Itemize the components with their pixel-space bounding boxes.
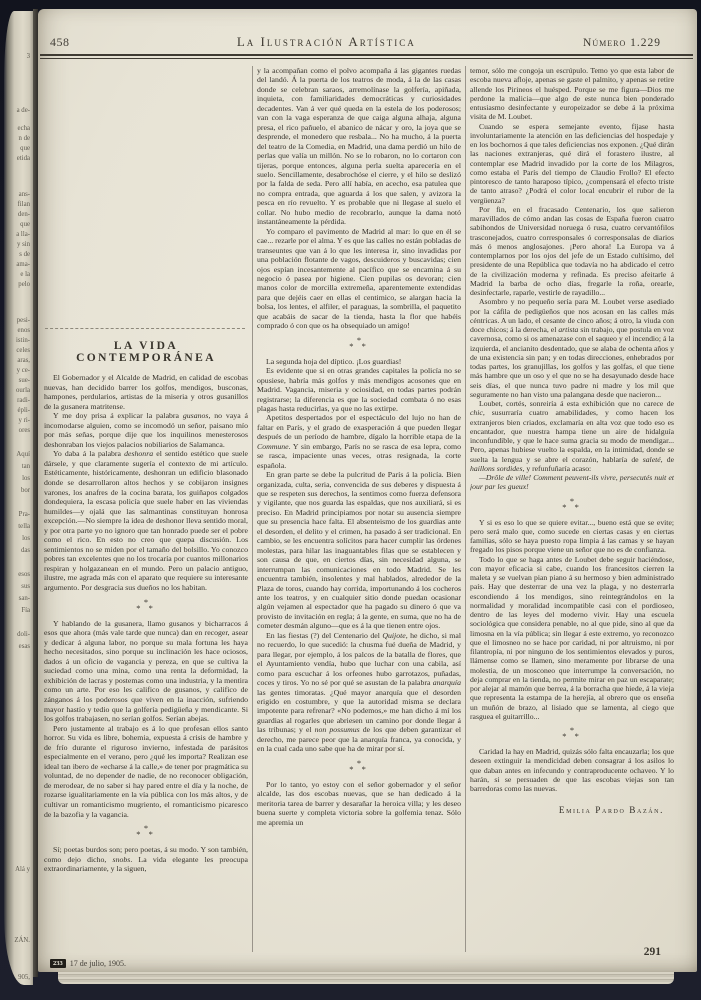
paragraph: Sí; poetas burdos son; pero poetas, á su… [44, 845, 248, 874]
author-signature: Emilia Pardo Bazán. [470, 805, 674, 815]
edge-text-fragment: esas [19, 643, 30, 650]
issue-number: Número 1.229 [583, 37, 661, 49]
edge-text-fragment: echa [18, 125, 30, 132]
edge-text-fragment: tan [22, 463, 30, 470]
edge-text-fragment: san- [19, 595, 30, 602]
masthead-title: La Ilustración Artística [70, 34, 584, 50]
edge-text-fragment: celes [16, 347, 30, 354]
edge-text-fragment: enos [18, 327, 30, 334]
edge-text-fragment: a lla- [16, 231, 30, 238]
edge-text-fragment: y ce- [17, 367, 30, 374]
edge-text-fragment: istin- [16, 337, 30, 344]
paragraph: Cuando se espera semejante evento, fíjas… [470, 122, 674, 205]
page-number-footer: 291 [644, 946, 661, 958]
column-rule [465, 66, 466, 952]
edge-text-fragment: s de [19, 251, 30, 258]
edge-text-fragment: den- [18, 211, 30, 218]
edge-text-fragment: tella [18, 523, 30, 530]
column-middle: y la acompañan como el polvo acompaña á … [257, 66, 461, 954]
section-separator: ** * [257, 761, 461, 772]
paragraph: Y hablando de la gusanera, llamo gusanos… [44, 619, 248, 724]
article-title: LA VIDA CONTEMPORÁNEA [44, 340, 248, 364]
paragraph: La segunda hoja del díptico. ¡Los guardi… [257, 357, 461, 366]
edge-text-fragment: pelo [18, 281, 30, 288]
column-spacer [44, 66, 248, 328]
edge-text-fragment: e la [20, 271, 30, 278]
paragraph: Yo daba á la palabra deshonra el sentido… [44, 449, 248, 592]
edge-text-fragment: los [22, 535, 30, 542]
section-separator: ** * [470, 499, 674, 510]
edge-text-fragment: ourla [16, 387, 30, 394]
section-separator: ** * [44, 600, 248, 611]
edge-text-fragment: Fía [21, 607, 30, 614]
edge-text-fragment: das [21, 547, 30, 554]
edge-text-fragment: y ri- [18, 417, 30, 424]
edge-text-fragment: esos [18, 571, 30, 578]
paragraph: Es evidente que si en otras grandes capi… [257, 366, 461, 413]
edge-text-fragment: ZÁN. [14, 937, 30, 944]
column-right: temor, sólo me congoja un escrúpulo. Tem… [470, 66, 674, 954]
edge-text-fragment: n de [18, 135, 30, 142]
article-dashed-rule [45, 328, 245, 329]
footer-stamp: 233 [50, 959, 66, 968]
edge-text-fragment: ama- [16, 261, 30, 268]
edge-text-fragment: que [20, 145, 30, 152]
book-photo: 3a de-echan dequeetidaans-filanden-quea … [0, 0, 701, 1000]
edge-text-fragment: 905, [18, 974, 30, 981]
column-left: LA VIDA CONTEMPORÁNEAEl Gobernador y el … [44, 66, 248, 954]
edge-text-fragment: etida [17, 155, 30, 162]
paragraph: El Gobernador y el Alcalde de Madrid, en… [44, 373, 248, 411]
paragraph: —Drôle de ville! Comment peuvent-ils viv… [470, 473, 674, 492]
magazine-page: 458 La Ilustración Artística Número 1.22… [38, 9, 697, 972]
edge-text-fragment: 3 [27, 53, 30, 60]
edge-text-fragment: épli- [18, 407, 30, 414]
article-columns: LA VIDA CONTEMPORÁNEAEl Gobernador y el … [44, 66, 674, 954]
paragraph: Loubet, cortés, sonreiría á esta exhibic… [470, 399, 674, 473]
edge-text-fragment: sus [21, 583, 30, 590]
edge-text-fragment: doli- [17, 631, 30, 638]
edge-text-fragment: aras, [17, 357, 30, 364]
paragraph: Y me doy prisa á explicar la palabra gus… [44, 411, 248, 449]
column-rule [252, 66, 253, 952]
paragraph: Por fin, en el fracasado Centenario, los… [470, 205, 674, 298]
edge-text-fragment: los [22, 475, 30, 482]
edge-text-fragment: a de- [17, 107, 30, 114]
paragraph: Por lo tanto, yo estoy con el señor gobe… [257, 780, 461, 827]
edge-text-fragment: sue- [19, 377, 30, 384]
edge-text-fragment: radi- [17, 397, 30, 404]
section-separator: ** * [257, 338, 461, 349]
edge-text-fragment: pesi- [17, 317, 30, 324]
header-rule [40, 54, 693, 59]
page-number-header: 458 [50, 35, 70, 50]
edge-text-fragment: ores [19, 427, 30, 434]
edge-text-fragment: Pra- [19, 511, 30, 518]
paragraph: Caridad la hay en Madrid, quizás sólo fa… [470, 747, 674, 793]
paragraph: Yo comparo el pavimento de Madrid al mar… [257, 227, 461, 331]
paragraph: y la acompañan como el polvo acompaña á … [257, 66, 461, 227]
paragraph: Asombro y no pequeño sería para M. Loube… [470, 297, 674, 399]
edge-text-fragment: Aquí [16, 451, 30, 458]
paragraph: Apetitos despertados por el espectáculo … [257, 413, 461, 470]
footer-left: 233 17 de julio, 1905. [50, 959, 126, 968]
edge-text-fragment: que [20, 221, 30, 228]
section-separator: ** * [470, 728, 674, 739]
page-header: 458 La Ilustración Artística Número 1.22… [38, 9, 697, 50]
paragraph: Todo lo que se haga antes de Loubet debe… [470, 555, 674, 722]
edge-text-fragment: ans- [19, 191, 30, 198]
edge-text-fragment: filan [18, 201, 30, 208]
page-edge-stack [58, 972, 674, 984]
section-separator: ** * [44, 826, 248, 837]
paragraph: En gran parte se debe la pulcritud de Pa… [257, 470, 461, 631]
edge-text-fragment: bor [21, 487, 30, 494]
paragraph: En las fiestas (?) del Centenario del Qu… [257, 631, 461, 754]
paragraph: temor, sólo me congoja un escrúpulo. Tem… [470, 66, 674, 122]
edge-text-fragment: y sin [17, 241, 30, 248]
paragraph: Pero justamente al trabajo es á lo que p… [44, 724, 248, 819]
paragraph: Y si es eso lo que se quiere evitar..., … [470, 518, 674, 555]
edge-text-fragment: Alá y [15, 866, 30, 873]
footer-date: 17 de julio, 1905. [70, 959, 126, 968]
previous-page-edge: 3a de-echan dequeetidaans-filanden-quea … [4, 11, 33, 985]
